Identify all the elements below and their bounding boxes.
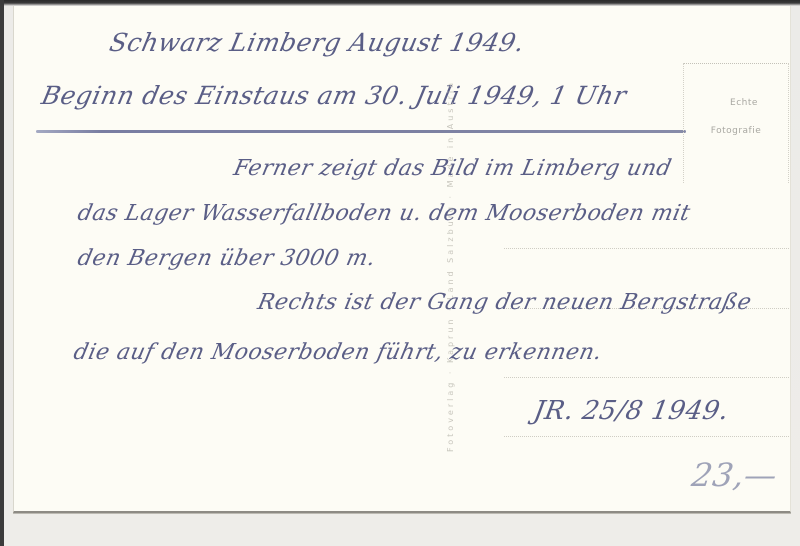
publisher-imprint: Fotoverlag · Kaprun · Land Salzburg · Ma… [446,46,455,486]
message-line-4: Rechts ist der Gang der neuen Bergstraße [255,290,754,315]
address-line [504,248,789,249]
message-line-2: das Lager Wasserfallboden u. dem Mooserb… [75,201,692,226]
pencil-price-note: 23,— [689,456,779,494]
postcard: Schwarz Limberg August 1949. Beginn des … [13,6,791,513]
address-line [504,377,789,378]
address-line [504,436,789,437]
stamp-label-fotografie: Fotografie [684,126,788,136]
signature-date: JR. 25/8 1949. [531,396,731,426]
header-location-date: Schwarz Limberg August 1949. [107,28,527,57]
center-divider: Fotoverlag · Kaprun · Land Salzburg · Ma… [446,46,460,486]
header-underline [36,130,686,133]
stamp-label-echte: Echte [692,98,796,108]
header-event-note: Beginn des Einstaus am 30. Juli 1949, 1 … [39,81,629,110]
message-line-3: den Bergen über 3000 m. [75,246,378,271]
message-line-1: Ferner zeigt das Bild im Limberg und [231,156,673,181]
message-line-5: die auf den Mooserboden führt, zu erkenn… [71,340,604,365]
stamp-box: Echte Fotografie [683,63,789,183]
scanner-edge [0,0,4,546]
